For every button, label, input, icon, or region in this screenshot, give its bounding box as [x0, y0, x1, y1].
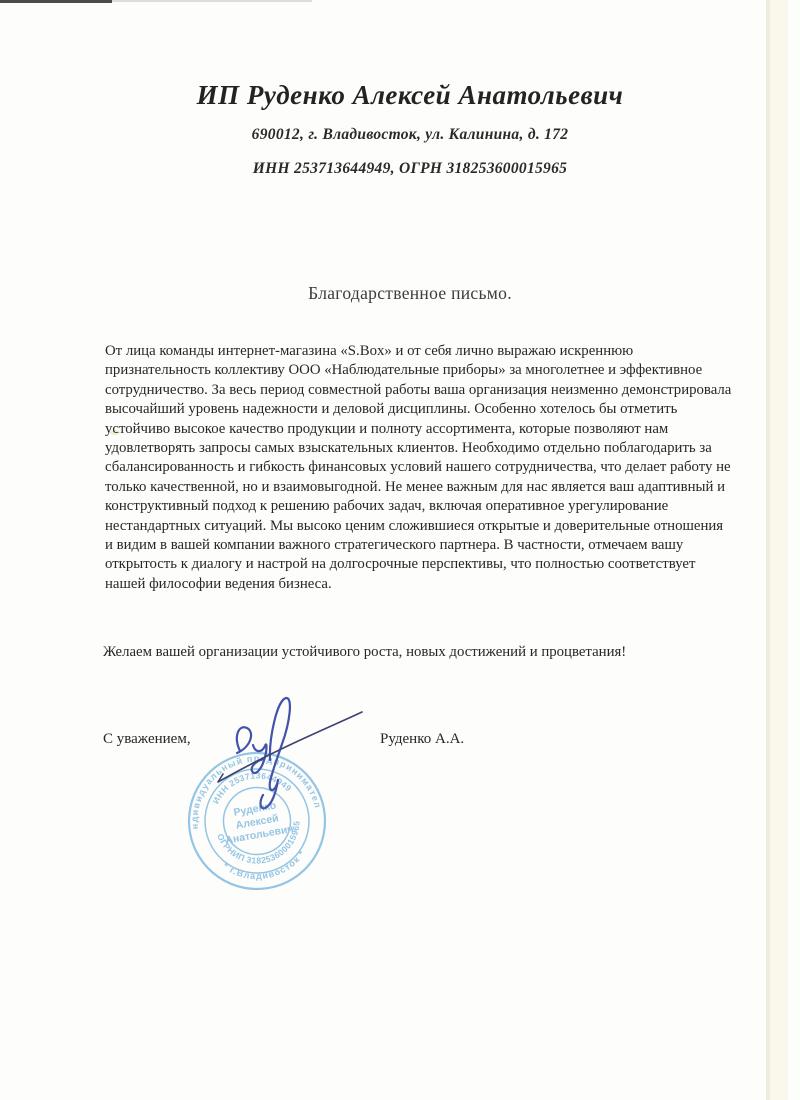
signature-image — [193, 681, 383, 816]
body-line: нестандартных ситуаций. Мы высоко ценим … — [105, 517, 731, 536]
body-line: открытость к диалогу и настрой на долгос… — [105, 555, 731, 574]
body-line: и видим в вашей компании важного стратег… — [105, 536, 731, 555]
signature-stroke-u — [252, 744, 267, 773]
body-line: сбалансированность и гибкость финансовых… — [105, 458, 731, 477]
body-line: От лица команды интернет-магазина «S.Box… — [105, 342, 731, 361]
wish-line: Желаем вашей организации устойчивого рос… — [103, 644, 626, 661]
body-line: только качественной, но и взаимовыгодной… — [105, 478, 731, 497]
scan-artifact-top-faint — [112, 0, 312, 2]
body-line: сотрудничество. За весь период совместно… — [105, 381, 731, 400]
letterhead-name: ИП Руденко Алексей Анатольевич — [20, 80, 800, 111]
body-line: конструктивный подход к решению рабочих … — [105, 497, 731, 516]
body-line: признательность коллективу ООО «Наблюдат… — [105, 361, 731, 380]
scanned-letter-page: { "letterhead": { "name": "ИП Руденко Ал… — [0, 0, 800, 1100]
scan-artifact-top-left — [0, 0, 112, 3]
signature-stroke-p — [237, 727, 251, 753]
letter-body: От лица команды интернет-магазина «S.Box… — [105, 342, 731, 594]
body-line: устойчиво высокое качество продукции и п… — [105, 420, 731, 439]
body-line: нашей философии ведения бизнеса. — [105, 575, 731, 594]
letterhead-inn-ogrn: ИНН 253713644949, ОГРН 318253600015965 — [20, 160, 800, 178]
signature-flourish — [218, 712, 362, 782]
body-line: высочайший уровень надежности и деловой … — [105, 400, 731, 419]
handwritten-signature — [193, 681, 383, 816]
body-line: удовлетворять запросы самых взыскательны… — [105, 439, 731, 458]
letter-title: Благодарственное письмо. — [20, 283, 800, 304]
letterhead-address: 690012, г. Владивосток, ул. Калинина, д.… — [20, 126, 800, 144]
closing-signatory-name: Руденко А.А. — [380, 731, 464, 748]
